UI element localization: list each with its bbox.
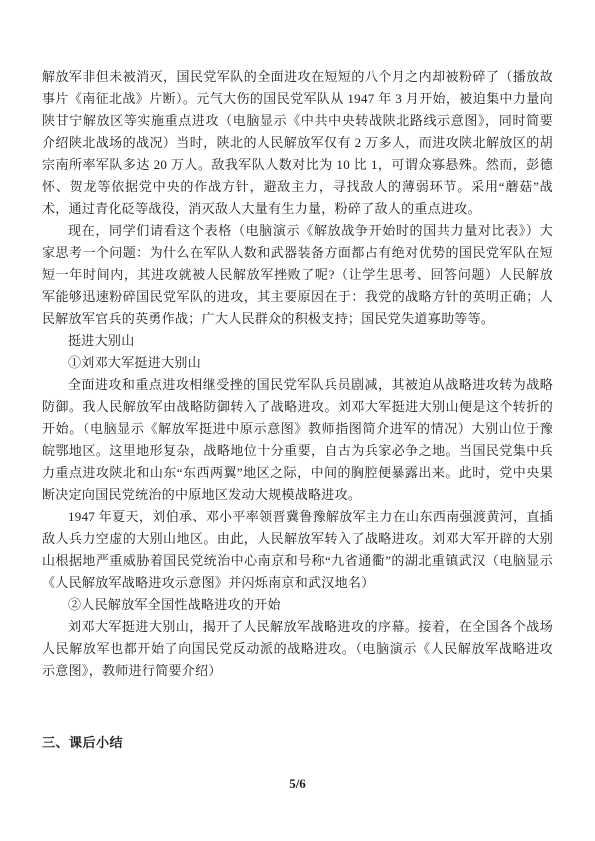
list-item-2-title: ②人民解放军全国性战略进攻的开始 xyxy=(42,594,553,616)
section-heading: 三、课后小结 xyxy=(42,732,553,754)
document-body: 解放军非但未被消灭，国民党军队的全面进攻在短短的八个月之内却被粉碎了（播放故事片… xyxy=(42,66,553,754)
subsection-title: 挺进大别山 xyxy=(42,330,553,352)
paragraph: 现在，同学们请看这个表格（电脑演示《解放战争开始时的国共力量对比表》）大家思考一… xyxy=(42,220,553,330)
paragraph: 1947 年夏天，刘伯承、邓小平率领晋冀鲁豫解放军主力在山东西南强渡黄河，直插敌… xyxy=(42,506,553,594)
paragraph-continued: 解放军非但未被消灭，国民党军队的全面进攻在短短的八个月之内却被粉碎了（播放故事片… xyxy=(42,66,553,220)
paragraph: 刘邓大军挺进大别山，揭开了人民解放军战略进攻的序幕。接着，在全国各个战场人民解放… xyxy=(42,616,553,682)
document-page: 解放军非但未被消灭，国民党军队的全面进攻在短短的八个月之内却被粉碎了（播放故事片… xyxy=(0,0,595,841)
list-item-1-title: ①刘邓大军挺进大别山 xyxy=(42,352,553,374)
paragraph: 全面进攻和重点进攻相继受挫的国民党军队兵员剧减，其被迫从战略进攻转为战略防御。我… xyxy=(42,374,553,506)
page-number: 5/6 xyxy=(0,775,595,793)
